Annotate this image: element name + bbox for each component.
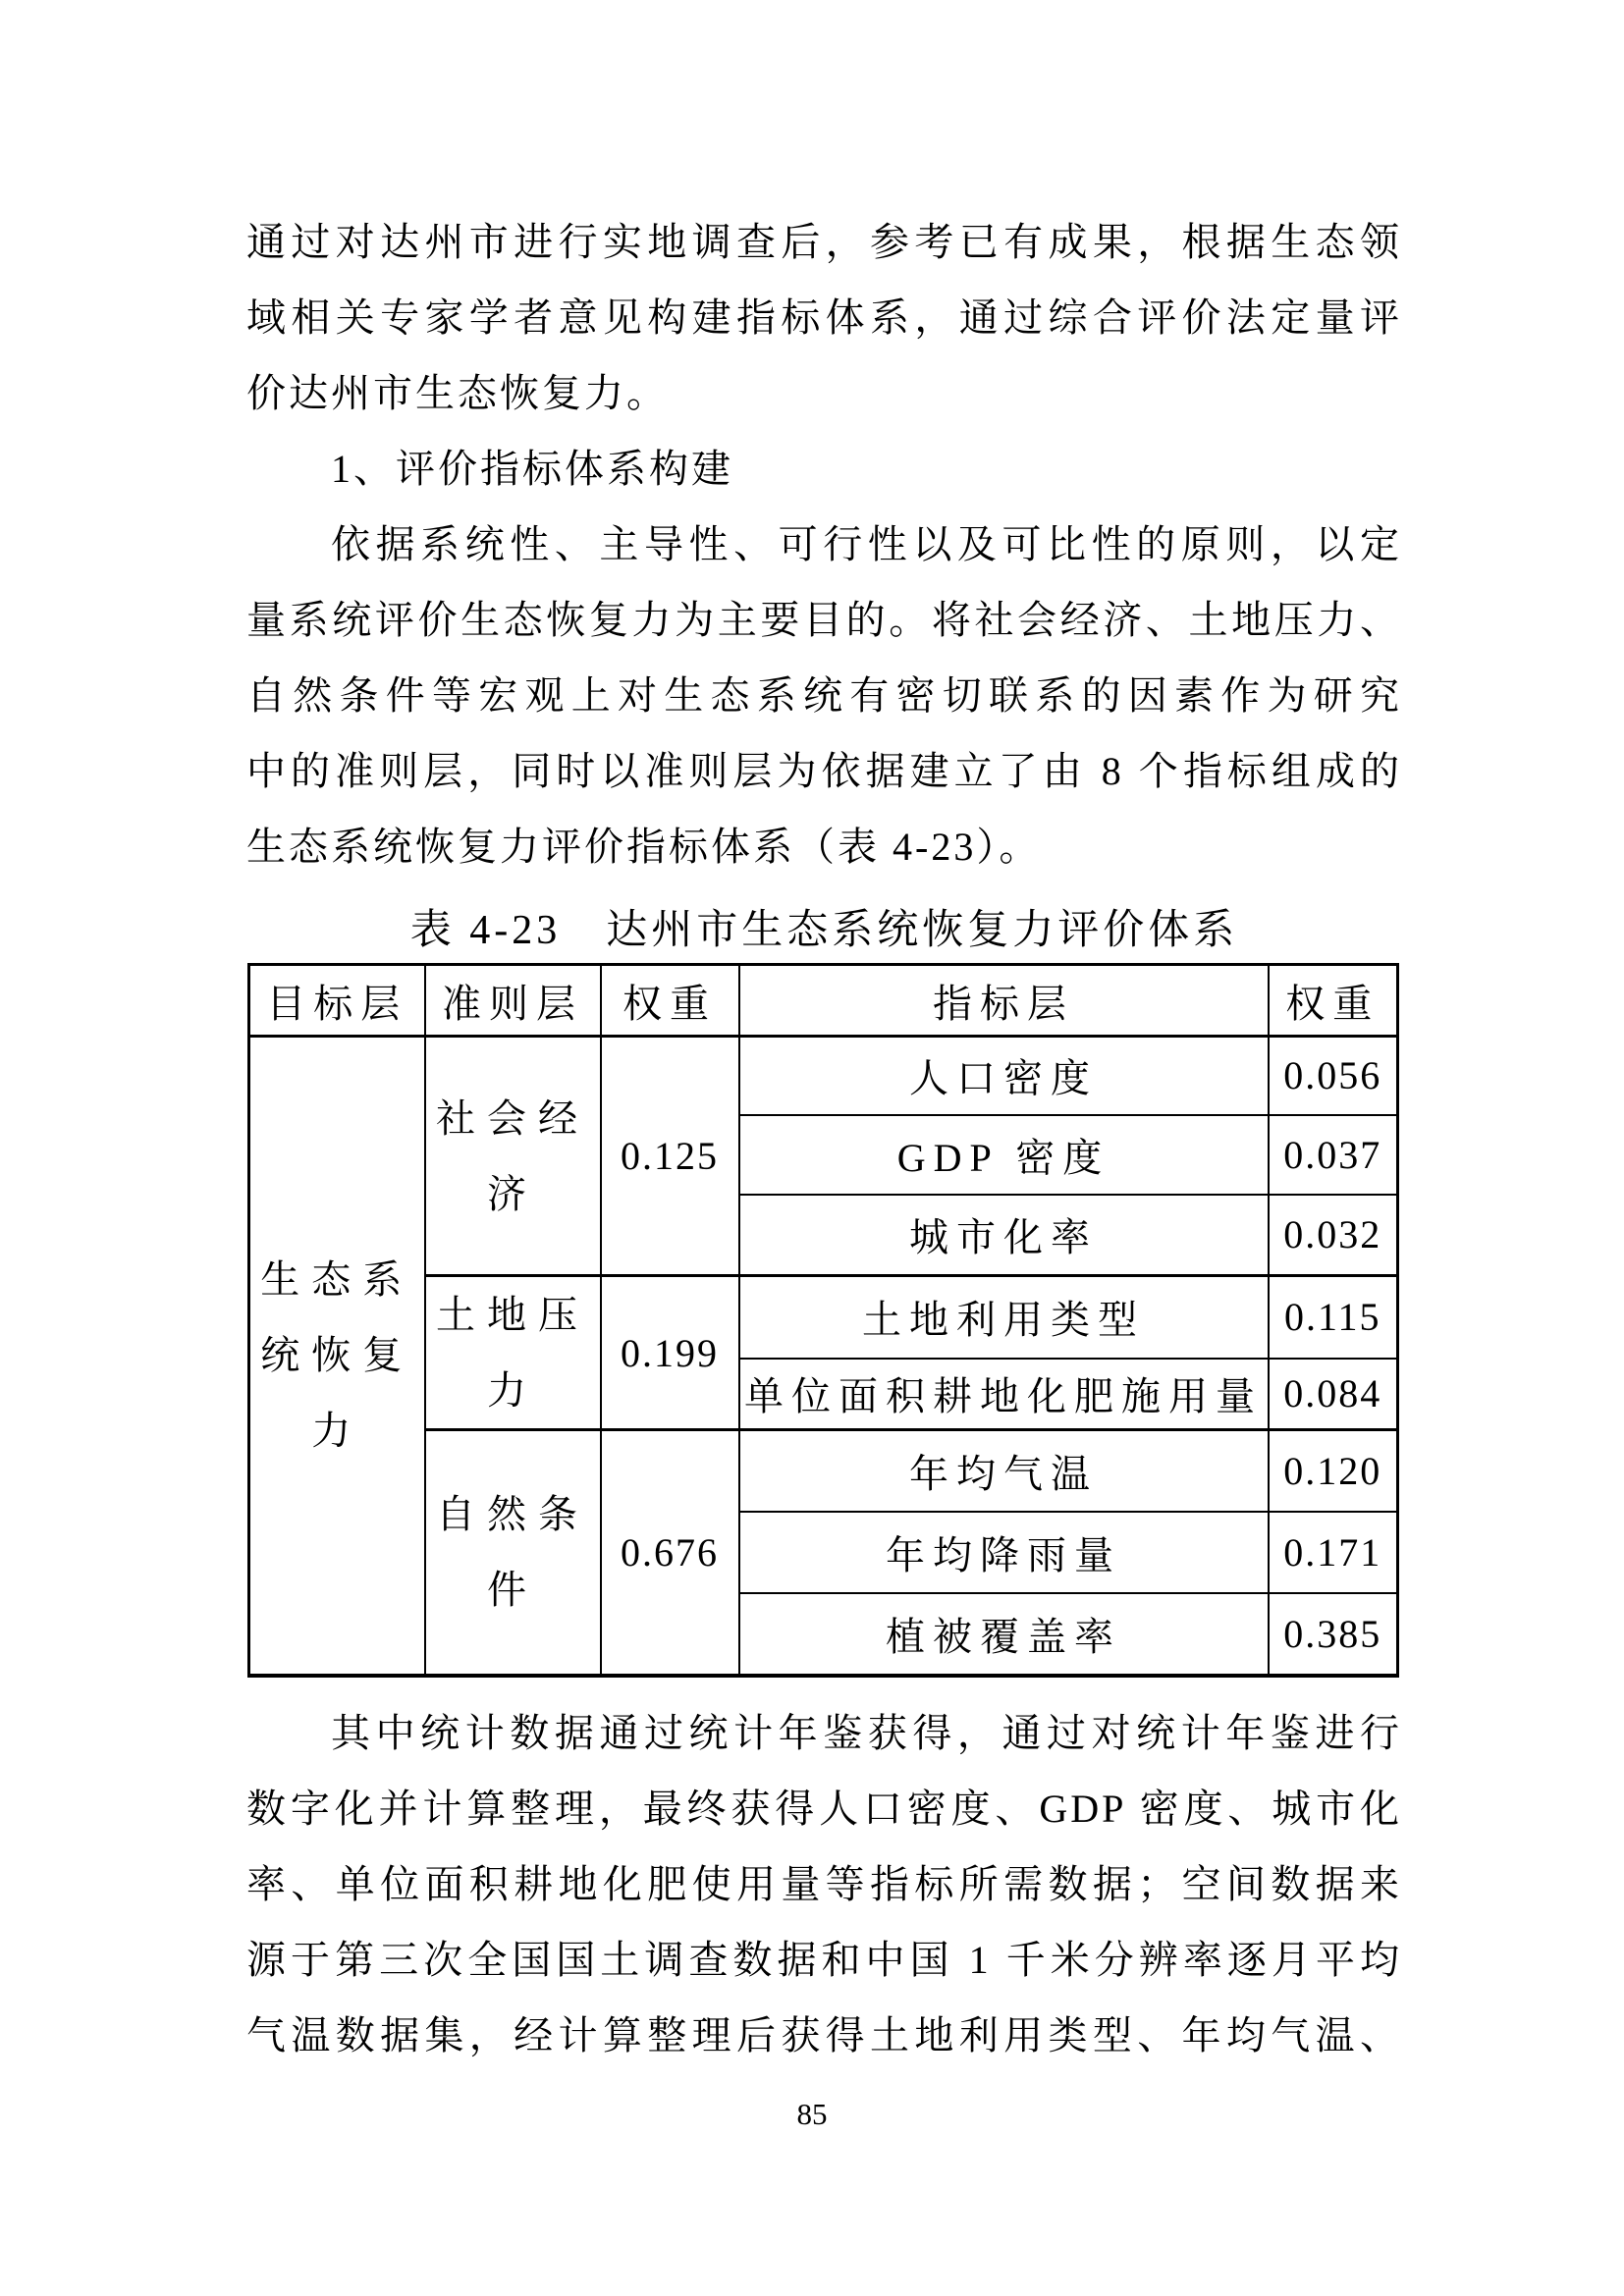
text-line: 依据系统性、主导性、可行性以及可比性的原则，以定 bbox=[246, 507, 1402, 582]
table-header-cell: 目标层 bbox=[249, 965, 425, 1037]
indicator-weight-cell: 0.084 bbox=[1269, 1359, 1398, 1430]
criterion-cell: 自然条件 bbox=[425, 1430, 601, 1676]
criterion-cell: 社会经济 bbox=[425, 1037, 601, 1276]
text-line: 中的准则层，同时以准则层为依据建立了由 8 个指标组成的 bbox=[246, 733, 1402, 809]
indicator-cell: 单位面积耕地化肥施用量 bbox=[739, 1359, 1269, 1430]
indicator-cell: 城市化率 bbox=[739, 1195, 1269, 1276]
table-header-cell: 权重 bbox=[601, 965, 739, 1037]
criterion-weight-cell: 0.199 bbox=[601, 1276, 739, 1430]
evaluation-table: 目标层 准则层 权重 指标层 权重 生态系统恢复力 社会经济 0.125 人口密… bbox=[247, 963, 1399, 1678]
goal-layer-cell: 生态系统恢复力 bbox=[249, 1037, 425, 1676]
table-header-row: 目标层 准则层 权重 指标层 权重 bbox=[249, 965, 1398, 1037]
table-header-cell: 指标层 bbox=[739, 965, 1269, 1037]
table-header-cell: 准则层 bbox=[425, 965, 601, 1037]
text-line: 源于第三次全国国土调查数据和中国 1 千米分辨率逐月平均 bbox=[246, 1922, 1402, 1998]
text-line: 自然条件等宏观上对生态系统有密切联系的因素作为研究 bbox=[246, 658, 1402, 733]
criterion-cell: 土地压力 bbox=[425, 1276, 601, 1430]
indicator-weight-cell: 0.037 bbox=[1269, 1115, 1398, 1195]
text-line: 通过对达州市进行实地调查后，参考已有成果，根据生态领 bbox=[246, 204, 1402, 280]
section-heading: 1、评价指标体系构建 bbox=[246, 431, 1402, 507]
indicator-cell: 土地利用类型 bbox=[739, 1276, 1269, 1359]
indicator-weight-cell: 0.171 bbox=[1269, 1512, 1398, 1593]
text-line: 率、单位面积耕地化肥使用量等指标所需数据；空间数据来 bbox=[246, 1846, 1402, 1922]
text-line: 其中统计数据通过统计年鉴获得，通过对统计年鉴进行 bbox=[246, 1695, 1402, 1771]
indicator-weight-cell: 0.115 bbox=[1269, 1276, 1398, 1359]
table-row: 生态系统恢复力 社会经济 0.125 人口密度 0.056 bbox=[249, 1037, 1398, 1115]
body-text-block-1: 通过对达州市进行实地调查后，参考已有成果，根据生态领 域相关专家学者意见构建指标… bbox=[246, 204, 1402, 884]
table-header-cell: 权重 bbox=[1269, 965, 1398, 1037]
text-line: 数字化并计算整理，最终获得人口密度、GDP 密度、城市化 bbox=[246, 1771, 1402, 1846]
criterion-weight-cell: 0.125 bbox=[601, 1037, 739, 1276]
indicator-cell: 植被覆盖率 bbox=[739, 1593, 1269, 1676]
indicator-cell: 人口密度 bbox=[739, 1037, 1269, 1115]
text-line: 生态系统恢复力评价指标体系（表 4-23）。 bbox=[246, 809, 1402, 884]
text-line: 域相关专家学者意见构建指标体系，通过综合评价法定量评 bbox=[246, 280, 1402, 355]
indicator-weight-cell: 0.120 bbox=[1269, 1430, 1398, 1512]
text-line: 价达州市生态恢复力。 bbox=[246, 355, 1402, 431]
body-text-block-2: 其中统计数据通过统计年鉴获得，通过对统计年鉴进行 数字化并计算整理，最终获得人口… bbox=[246, 1695, 1402, 2073]
indicator-cell: GDP 密度 bbox=[739, 1115, 1269, 1195]
indicator-weight-cell: 0.056 bbox=[1269, 1037, 1398, 1115]
table-caption: 表 4-23 达州市生态系统恢复力评价体系 bbox=[246, 899, 1402, 962]
document-page: { "content": { "p1": { "lines": [ "通过对达州… bbox=[0, 0, 1624, 2296]
indicator-cell: 年均气温 bbox=[739, 1430, 1269, 1512]
text-line: 气温数据集，经计算整理后获得土地利用类型、年均气温、 bbox=[246, 1998, 1402, 2073]
indicator-weight-cell: 0.032 bbox=[1269, 1195, 1398, 1276]
text-line: 量系统评价生态恢复力为主要目的。将社会经济、土地压力、 bbox=[246, 582, 1402, 658]
page-number: 85 bbox=[0, 2095, 1624, 2134]
indicator-weight-cell: 0.385 bbox=[1269, 1593, 1398, 1676]
indicator-cell: 年均降雨量 bbox=[739, 1512, 1269, 1593]
criterion-weight-cell: 0.676 bbox=[601, 1430, 739, 1676]
